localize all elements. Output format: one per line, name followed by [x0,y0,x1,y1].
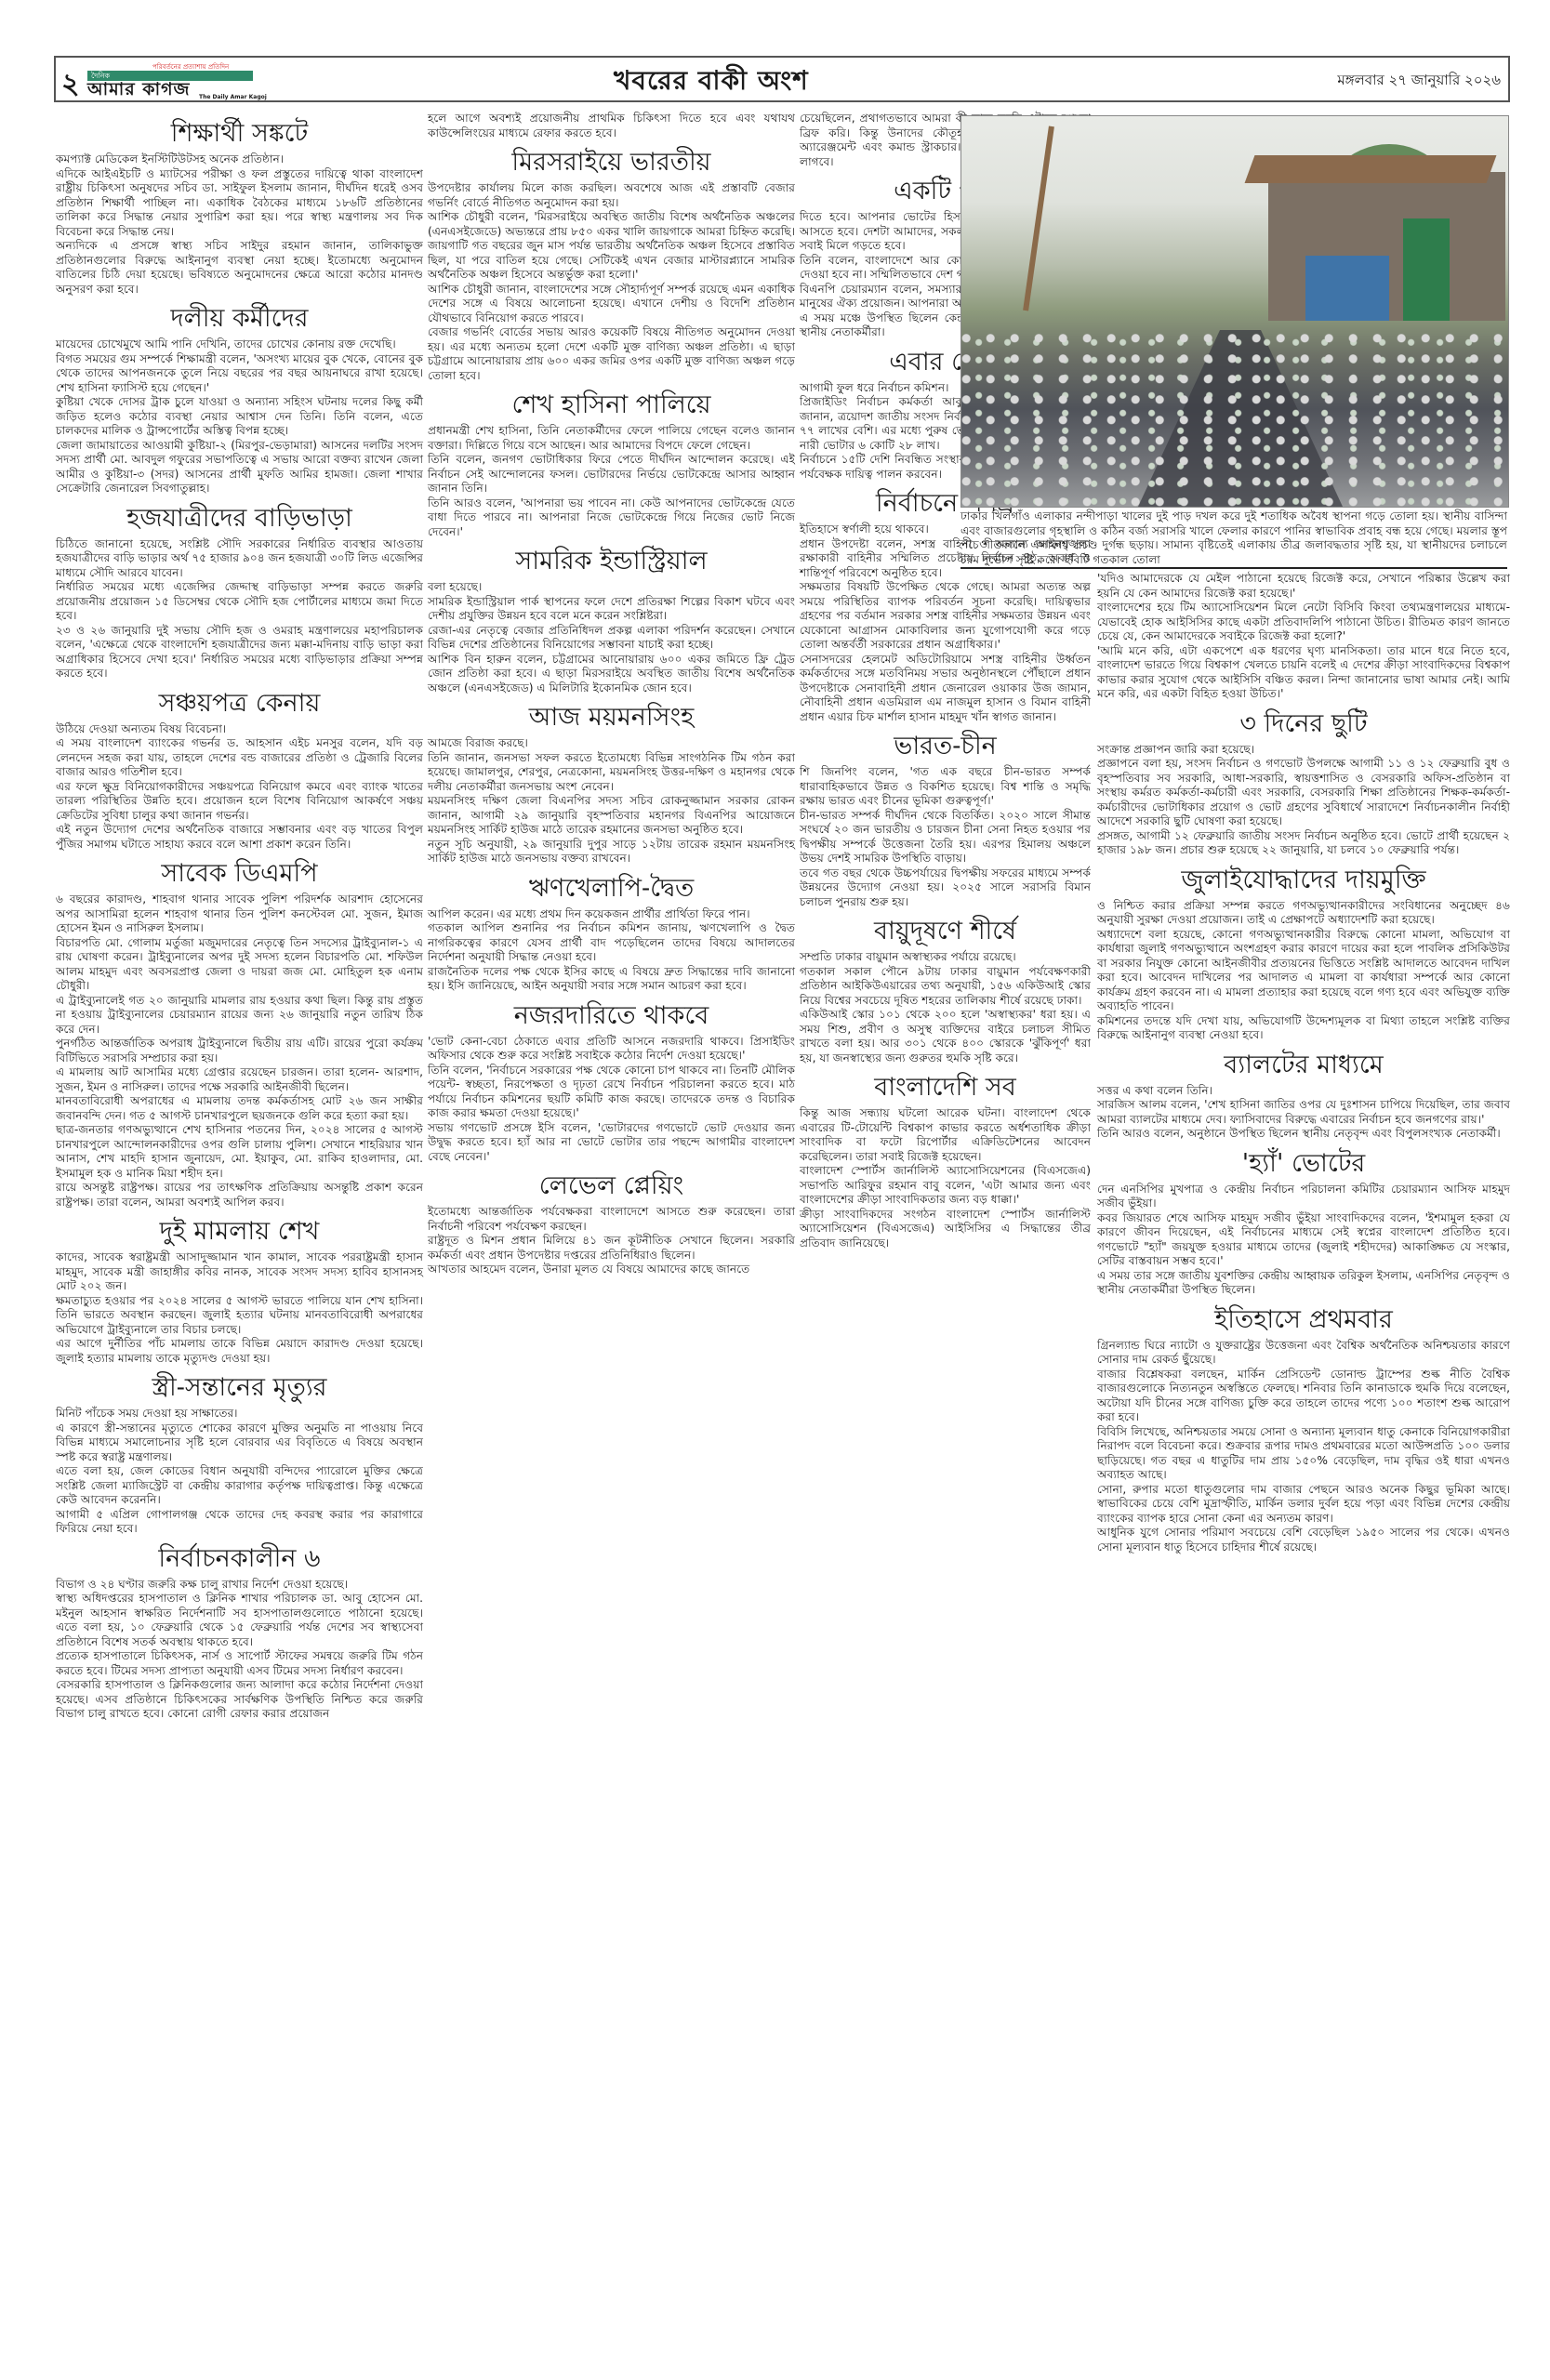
article-headline: হজযাত্রীদের বাড়িভাড়া [56,502,423,535]
article-paragraph: ৬ বছরের কারাদণ্ড, শাহবাগ থানার সাবেক পুল… [56,892,423,936]
article-paragraph: পুনর্গঠিত আন্তর্জাতিক অপরাধ ট্রাইব্যুনাল… [56,1037,423,1065]
article-headline: ভারত-চীন [800,730,1091,763]
article-paragraph: চিঠিতে জানানো হয়েছে, সংশ্লিষ্ট সৌদি সরক… [56,537,423,581]
article: ঋণখেলাপি-দ্বৈতআপিল করেন। এর মধ্যে প্রথম … [428,872,795,994]
issue-date: মঙ্গলবার ২৭ জানুয়ারি ২০২৬ [1337,71,1501,89]
article: সাবেক ডিএমপি৬ বছরের কারাদণ্ড, শাহবাগ থান… [56,857,423,1210]
article-paragraph: জেলা জামায়াতের আওয়ামী কুষ্টিয়া-২ (মির… [56,439,423,496]
article-headline: জুলাইযোদ্ধাদের দায়মুক্তি [1097,864,1510,897]
column-4: 'যদিও আমাদেরকে যে মেইল পাঠানো হয়েছে রিজ… [1097,572,1510,1558]
article-headline: লেভেল প্লেয়িং [428,1170,795,1203]
article-paragraph: অন্যদিকে এ প্রসঙ্গে স্বাস্থ্য সচিব সাইদু… [56,239,423,297]
article-headline: ব্যালটের মাধ্যমে [1097,1049,1510,1082]
article-paragraph: 'আমি মনে করি, এটা একপেশে এক ধরণের ঘৃণ্য … [1097,644,1510,702]
article-headline: সঞ্চয়পত্র কেনায় [56,687,423,721]
article-paragraph: তিনি আরও বলেন, 'আপনারা ভয় পাবেন না। কেউ… [428,496,795,540]
photo-caption: ঢাকার খিলগাঁও এলাকার নন্দীপাড়া খালের দু… [960,509,1507,567]
article-paragraph: তিনি আরও বলেন, অনুষ্ঠানে উপস্থিত ছিলেন স… [1097,1127,1510,1142]
article: সঞ্চয়পত্র কেনায়উঠিয়ে দেওয়া অন্যতম বি… [56,687,423,853]
article-paragraph: এ সময় তার সঙ্গে জাতীয় যুবশক্তির কেন্দ্… [1097,1269,1510,1298]
article-paragraph: বিচারপতি মো. গোলাম মর্তুজা মজুমদারের নেত… [56,936,423,994]
article-paragraph: ২৩ ও ২৬ জানুয়ারি দুই সভায় সৌদি হজ ও ওম… [56,624,423,681]
article-headline: সামরিক ইন্ডাস্ট্রিয়াল [428,545,795,578]
article: আজ ময়মনসিংহআমজে বিরাজ করছে।তিনি জানান, … [428,701,795,866]
article-paragraph: তিনি বলেন, 'নির্বাচনে সরকারের পক্ষ থেকে … [428,1064,795,1121]
article-paragraph: উঠিয়ে দেওয়া অন্যতম বিষয় বিবেচনা। [56,722,423,737]
article: ৩ দিনের ছুটিসংক্রান্ত প্রজ্ঞাপন জারি করা… [1097,707,1510,858]
article-paragraph: একিউআই স্কোর ১০১ থেকে ২০০ হলে 'অস্বাস্থ্… [800,1008,1091,1065]
article-paragraph: প্রজ্ঞাপনে বলা হয়, সংসদ নির্বাচন ও গণভো… [1097,757,1510,829]
article-paragraph: এই নতুন উদ্যোগ দেশের অর্থনৈতিক বাজারে সম… [56,823,423,852]
logo-english: The Daily Amar Kagoj [199,94,267,100]
article: লেভেল প্লেয়িংইতোমধ্যে আন্তর্জাতিক পর্যব… [428,1170,795,1277]
article: বাংলাদেশি সবকিন্তু আজ সন্ধ্যায় ঘটলো আরে… [800,1071,1091,1250]
article-paragraph: আমজে বিরাজ করছে। [428,736,795,751]
article-headline: স্ত্রী-সন্তানের মৃত্যুর [56,1371,423,1405]
article-paragraph: বলা হয়েছে। [428,580,795,595]
article-paragraph: ক্ষমতাচ্যুত হওয়ার পর ২০২৪ সালের ৫ আগস্ট… [56,1294,423,1338]
masthead: ২ পরিবর্তনের প্রত্যাশায় প্রতিদিন দৈনিক … [54,56,1510,102]
article-paragraph: বিগত সময়ের গুম সম্পর্কে শিক্ষামন্ত্রী ব… [56,352,423,396]
article-paragraph: তবে গত বছর থেকে উচ্চপর্যায়ের দ্বিপক্ষীয… [800,866,1091,910]
article: মিরসরাইয়ে ভারতীয়উপদেষ্টার কার্যালয় মি… [428,146,795,383]
article-paragraph: রাষ্ট্রদূত ও মিশন প্রধান মিলিয়ে ৪১ জন ক… [428,1234,795,1263]
article-headline: বাংলাদেশি সব [800,1071,1091,1104]
article-paragraph: শি জিনপিং বলেন, 'গত এক বছরে চীন-ভারত সম্… [800,765,1091,809]
article-paragraph: রায়ে অসন্তুষ্ট রাষ্ট্রপক্ষ। রায়ের পর ত… [56,1181,423,1210]
article-paragraph: স্বাস্থ্য অধিদপ্তরের হাসপাতাল ও ক্লিনিক … [56,1592,423,1649]
article-paragraph: সম্প্রতি ঢাকার বায়ুমান অস্বাস্থ্যকর পর্… [800,950,1091,965]
blue-sign-shape [1305,256,1389,321]
article-paragraph: সোনা, রুপার মতো ধাতুগুলোর দাম বাজার পেছন… [1097,1483,1510,1527]
article-paragraph: বাংলাদেশের হয়ে টিম অ্যাসোসিয়েশন মিলে ন… [1097,601,1510,644]
canal-photo [960,115,1509,508]
article-paragraph: ময়মনসিংহ দক্ষিণ জেলা বিএনপির সদস্য সচিব… [428,794,795,838]
section-title: খবরের বাকী অংশ [614,65,809,97]
article: 'যদিও আমাদেরকে যে মেইল পাঠানো হয়েছে রিজ… [1097,572,1510,702]
article-paragraph: ছাত্র-জনতার গণঅভ্যুত্থানে শেখ হাসিনার পত… [56,1123,423,1181]
article: সামরিক ইন্ডাস্ট্রিয়ালবলা হয়েছে।সামরিক … [428,545,795,695]
article-headline: দলীয় কর্মীদের [56,302,423,336]
garbage-texture [961,330,1508,507]
article-headline: শিক্ষার্থী সঙ্কটে [56,117,423,151]
article-headline: শেখ হাসিনা পালিয়ে [428,389,795,422]
article-paragraph: ইতোমধ্যে আন্তর্জাতিক পর্যবেক্ষকরা বাংলাদ… [428,1205,795,1234]
article-paragraph: সভায় গণভোট প্রসঙ্গে ইসি বলেন, 'ভোটারদের… [428,1121,795,1165]
article-paragraph: প্রধানমন্ত্রী শেখ হাসিনা, তিনি নেতাকর্মী… [428,424,795,453]
newspaper-logo: পরিবর্তনের প্রত্যাশায় প্রতিদিন দৈনিক আম… [87,61,255,100]
newspaper-page: ২ পরিবর্তনের প্রত্যাশায় প্রতিদিন দৈনিক … [54,56,1510,2334]
article-paragraph: সংক্রান্ত প্রজ্ঞাপন জারি করা হয়েছে। [1097,743,1510,758]
article-headline: ৩ দিনের ছুটি [1097,707,1510,741]
article-paragraph: সেনাসদরের হেলমেট অডিটোরিয়ামে সশস্ত্র বা… [800,653,1091,725]
article: শিক্ষার্থী সঙ্কটেকমপ্যাক্ট মেডিকেল ইনস্ট… [56,117,423,297]
article-headline: মিরসরাইয়ে ভারতীয় [428,146,795,179]
article-paragraph: কমিশনের তদন্তে যদি দেখা যায়, অভিযোগটি উ… [1097,1014,1510,1043]
article: শেখ হাসিনা পালিয়েপ্রধানমন্ত্রী শেখ হাসি… [428,389,795,539]
article-paragraph: সক্ষমতার বিষয়টি উপেক্ষিত থেকে গেছে। আমর… [800,580,1091,653]
article: দলীয় কর্মীদেরমায়েদের চোখেমুখে আমি পানি… [56,302,423,496]
article: বায়ুদূষণে শীর্ষেসম্প্রতি ঢাকার বায়ুমান… [800,915,1091,1065]
article-paragraph: নতুন সূচি অনুযায়ী, ২৯ জানুয়ারি দুপুর স… [428,838,795,866]
article-paragraph: মিনিট পাঁচেক সময় দেওয়া হয় সাক্ষাতের। [56,1407,423,1421]
article-paragraph: অধ্যাদেশে বলা হয়েছে, কোনো গণঅভ্যুত্থানক… [1097,928,1510,1014]
article-paragraph: বিভাগ ও ২৪ ঘণ্টার জরুরি কক্ষ চালু রাখার … [56,1578,423,1593]
green-sign-shape [1403,218,1450,321]
caption-divider [960,567,1507,569]
article-paragraph: এতে বলা হয়, জেল কোডের বিধান অনুযায়ী বন… [56,1464,423,1508]
article: 'হ্যাঁ' ভোটেরদেন এনসিপির মুখপাত্র ও কেন্… [1097,1147,1510,1298]
article-paragraph: গতকাল আপিল শুনানির পর নির্বাচন কমিশন জান… [428,921,795,965]
article-paragraph: এদিকে আইএইচটি ও ম্যাটসের পরীক্ষা ও ফল প্… [56,167,423,240]
article-headline: বায়ুদূষণে শীর্ষে [800,915,1091,948]
article-headline: দুই মামলায় শেখ [56,1215,423,1249]
article: ব্যালটের মাধ্যমেসত্তর এ কথা বলেন তিনি।সা… [1097,1049,1510,1142]
article-paragraph: নির্ধারিত সময়ের মধ্যে এজেন্সির জেদ্দাস্… [56,580,423,624]
article-paragraph: এ ট্রাইব্যুনালেই গত ২০ জানুয়ারি মামলার … [56,994,423,1038]
article-headline: নির্বাচনকালীন ৬ [56,1542,423,1576]
article-paragraph: প্রত্যেক হাসপাতালে চিকিৎসক, নার্স ও সাপো… [56,1649,423,1678]
article: হলে আগে অবশ্যই প্রয়োজনীয় প্রাথমিক চিকি… [428,112,795,140]
article-paragraph: কাদের, সাবেক স্বরাষ্ট্রমন্ত্রী আসাদুজ্জা… [56,1250,423,1294]
article-paragraph: বাজার বিশ্লেষকরা বলছেন, মার্কিন প্রেসিডে… [1097,1368,1510,1425]
article-paragraph: এর আগে দুর্নীতির পাঁচ মামলায় তাকে বিভিন… [56,1337,423,1366]
article-paragraph: আশিক চৌধুরী জানান, বাংলাদেশের সঙ্গে সৌহা… [428,283,795,326]
article-paragraph: মায়েদের চোখেমুখে আমি পানি দেখিনি, তাদের… [56,337,423,352]
article-paragraph: এ মামলায় আট আসামির মধ্যে গ্রেপ্তার রয়ে… [56,1065,423,1094]
article: হজযাত্রীদের বাড়িভাড়াচিঠিতে জানানো হয়ে… [56,502,423,681]
article-paragraph: চীন-ভারত সম্পর্ক দীর্ঘদিন থেকে বিতর্কিত।… [800,809,1091,866]
article-headline: নজরদারিতে থাকবে [428,999,795,1033]
article-paragraph: সত্তর এ কথা বলেন তিনি। [1097,1084,1510,1099]
logo-name: আমার কাগজ [87,80,191,99]
article-paragraph: দেন এনসিপির মুখপাত্র ও কেন্দ্রীয় নির্বা… [1097,1183,1510,1211]
article-paragraph: রেজা-এর নেতৃত্বে বেজার প্রতিনিধিদল প্রকল… [428,624,795,653]
article-paragraph: তিনি জানান, জনসভা সফল করতে ইতোমধ্যে বিভি… [428,751,795,795]
article-paragraph: প্রসঙ্গত, আগামী ১২ ফেব্রুয়ারি জাতীয় সং… [1097,829,1510,858]
article-headline: ইতিহাসে প্রথমবার [1097,1303,1510,1337]
article-paragraph: আখতার আহমেদ বলেন, উনারা মূলত যে বিষয়ে আ… [428,1263,795,1277]
column-1: শিক্ষার্থী সঙ্কটেকমপ্যাক্ট মেডিকেল ইনস্ট… [56,112,423,1725]
article-paragraph: এ কারণে স্ত্রী-সন্তানের মৃত্যুতে শোকের ক… [56,1421,423,1465]
article: দুই মামলায় শেখকাদের, সাবেক স্বরাষ্ট্রমন… [56,1215,423,1366]
article: ইতিহাসে প্রথমবারগ্রিনল্যান্ড ঘিরে ন্যাটো… [1097,1303,1510,1555]
tree-shape [1023,126,1054,311]
article-paragraph: মানবতাবিরোধী অপরাধের এ মামলায় তদন্ত কর্… [56,1094,423,1123]
article: ভারত-চীনশি জিনপিং বলেন, 'গত এক বছরে চীন-… [800,730,1091,909]
article-paragraph: কুষ্টিয়া খেকে দোসর ট্রাক চুলে যাওয়া ও … [56,395,423,439]
news-photo-block: ঢাকার খিলগাঁও এলাকার নন্দীপাড়া খালের দু… [960,115,1509,562]
article-paragraph: বেজার গভর্নিং বোর্ডের সভায় আরও কয়েকটি … [428,325,795,383]
article-paragraph: আগামী ৫ এপ্রিল গোপালগঞ্জ থেকে তাদের দেহ … [56,1508,423,1537]
article-paragraph: 'ভোট কেনা-বেচা ঠেকাতে এবার প্রতিটি আসনে … [428,1035,795,1064]
article-paragraph: আধুনিক যুগে সোনার পরিমাণ সবচেয়ে বেশি বে… [1097,1526,1510,1554]
article-paragraph: সারজিস আলম বলেন, 'শেখ হাসিনা জাতির ওপর য… [1097,1098,1510,1127]
article-paragraph: গতকাল সকাল পৌনে ৯টায় ঢাকার বায়ুমান পর্… [800,965,1091,1009]
article-paragraph: রাজনৈতিক দলের পক্ষ থেকে ইসির কাছে এ বিষয… [428,965,795,994]
article: জুলাইযোদ্ধাদের দায়মুক্তিও নিশ্চিত করার … [1097,864,1510,1043]
article-paragraph: কিন্তু আজ সন্ধ্যায় ঘটলো আরেক ঘটনা। বাংল… [800,1106,1091,1164]
article-paragraph: বেসরকারি হাসপাতাল ও ক্লিনিকগুলোর জন্য আল… [56,1678,423,1722]
article-paragraph: এ সময় বাংলাদেশ ব্যাংকের গভর্নর ড. আহসান… [56,736,423,780]
article-paragraph: আশিক বিন হারুন বলেন, চট্টগ্রামের আনোয়ার… [428,653,795,696]
article-paragraph: এর ফলে ক্ষুদ্র বিনিয়োগকারীদের সঞ্চয়পত্… [56,780,423,824]
article-paragraph: কবর জিয়ারত শেষে আসিফ মাহমুদ সজীব ভুঁইয়… [1097,1211,1510,1269]
article-paragraph: তিনি বলেন, জনগণ ভোটাধিকার ফিরে পেতে দীর্… [428,453,795,496]
article-paragraph: ও নিশ্চিত করার প্রক্রিয়া সম্পন্ন করতে গ… [1097,899,1510,928]
article-headline: 'হ্যাঁ' ভোটের [1097,1147,1510,1181]
article: স্ত্রী-সন্তানের মৃত্যুরমিনিট পাঁচেক সময়… [56,1371,423,1537]
article-headline: সাবেক ডিএমপি [56,857,423,891]
article-paragraph: গ্রিনল্যান্ড ঘিরে ন্যাটো ও যুক্তরাষ্ট্রে… [1097,1339,1510,1368]
article-headline: ঋণখেলাপি-দ্বৈত [428,872,795,906]
column-2: হলে আগে অবশ্যই প্রয়োজনীয় প্রাথমিক চিকি… [428,112,795,1281]
article-paragraph: বাংলাদেশ স্পোর্টস জার্নালিস্ট অ্যাসোসিয়… [800,1164,1091,1208]
article-paragraph: বিবিসি লিখেছে, অনিশ্চয়তার সময়ে সোনা ও … [1097,1425,1510,1483]
article: নজরদারিতে থাকবে'ভোট কেনা-বেচা ঠেকাতে এবা… [428,999,795,1165]
article-paragraph: আপিল করেন। এর মধ্যে প্রথম দিন কয়েকজন প্… [428,907,795,922]
article: নির্বাচনকালীন ৬বিভাগ ও ২৪ ঘণ্টার জরুরি ক… [56,1542,423,1722]
page-number: ২ [61,71,80,99]
article-paragraph: আশিক চৌধুরী বলেন, 'মিরসরাইয়ে অবস্থিত জা… [428,210,795,283]
article-headline: আজ ময়মনসিংহ [428,701,795,734]
article-paragraph: কমপ্যাক্ট মেডিকেল ইনস্টিটিউটসহ অনেক প্রত… [56,152,423,167]
article-paragraph: ক্রীড়া সাংবাদিকদের সংগঠন বাংলাদেশ স্পোর… [800,1208,1091,1251]
article-paragraph: 'যদিও আমাদেরকে যে মেইল পাঠানো হয়েছে রিজ… [1097,572,1510,601]
article-paragraph: হলে আগে অবশ্যই প্রয়োজনীয় প্রাথমিক চিকি… [428,112,795,140]
article-paragraph: সামরিক ইন্ডাস্ট্রিয়াল পার্ক স্থাপনের ফল… [428,595,795,624]
article-paragraph: উপদেষ্টার কার্যালয় মিলে কাজ করছিল। অবশে… [428,181,795,210]
